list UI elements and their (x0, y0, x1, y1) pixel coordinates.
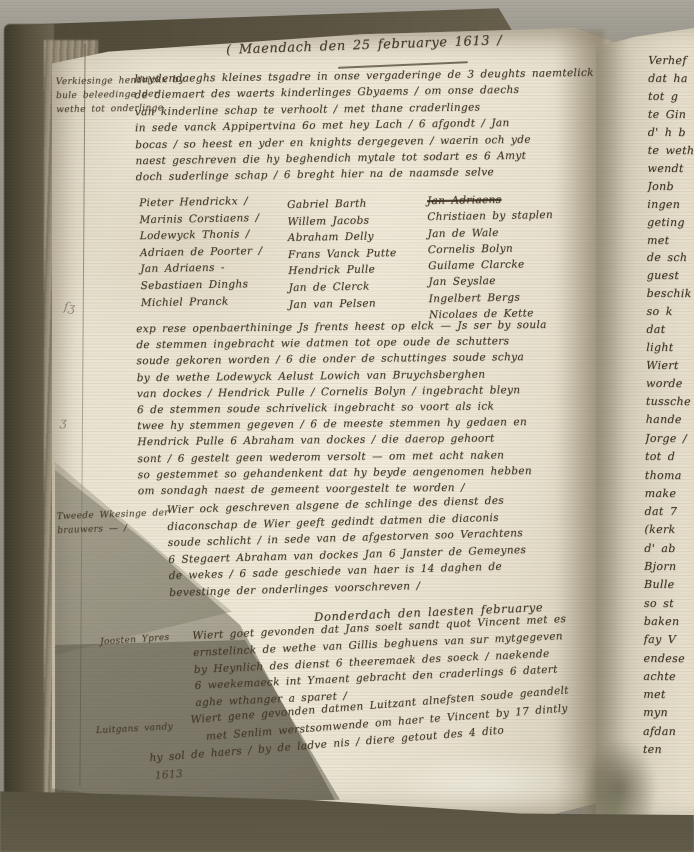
name-entry: Michiel Pranck (141, 292, 264, 311)
name-entry: Adriaen de Poorter / (140, 243, 263, 262)
right-page-line: hande (646, 411, 694, 429)
right-page-line: geting (647, 213, 694, 231)
right-page-line: Jonb (647, 177, 694, 195)
right-page-line: ingen (647, 195, 694, 213)
right-page-fragments-bottom: Jorge /tot dthomamakedat 7(kerkd' abBjor… (643, 430, 694, 760)
right-page-line: te Gin (648, 106, 694, 124)
right-page-line: myn (643, 704, 693, 723)
right-page-line: dat 7 (645, 503, 694, 522)
right-page-line: de sch (647, 249, 694, 267)
right-page-line: met (643, 686, 693, 705)
right-page-line: Wiert (646, 357, 694, 375)
right-page-line: Bjorn (644, 558, 694, 577)
right-page-line: met (647, 231, 694, 249)
name-column-1: Pieter Hendrickx /Marinis Corstiaens /Lo… (139, 193, 263, 311)
right-page-line: dat ha (648, 70, 694, 88)
right-page-line: beschik (647, 285, 694, 303)
right-page-line: light (646, 339, 694, 357)
right-page-line: make (645, 485, 694, 504)
right-page-line: achte (643, 668, 693, 687)
right-page-line: d' ab (644, 540, 694, 559)
right-page-line: endese (643, 649, 693, 668)
right-page-line: d' h b (648, 124, 694, 142)
right-page-line: ten (643, 741, 693, 760)
margin-note-joosten: Joosten Ypres (100, 631, 170, 650)
name-entry: Christiaen by staplen (427, 207, 553, 225)
name-entry: Jan van Pelsen (289, 295, 398, 313)
right-page-line: dat (646, 321, 694, 339)
right-page-line: te wethe (648, 142, 694, 160)
manuscript-photo: ( Maendach den 25 februarye 1613 / Verki… (0, 0, 694, 852)
margin-note-luitgans: Luitgans vandy (96, 720, 174, 738)
right-page-line: so k (646, 303, 694, 321)
name-entry: Willem Jacobs (287, 212, 396, 230)
handwriting-layer: ( Maendach den 25 februarye 1613 / Verki… (0, 0, 694, 852)
right-page-fragments-top: Verhefdat hatot gte Gind' h bte wethewen… (646, 52, 694, 429)
entry-date-heading: ( Maendach den 25 februarye 1613 / (226, 33, 503, 58)
right-page-line: guest (647, 267, 694, 285)
name-column-3: Jan Adriaens Christiaen by staplenJan de… (427, 191, 555, 324)
right-page-line: (kerk (644, 521, 694, 540)
name-column-3-rest: Christiaen by staplenJan de WaleCornelis… (427, 207, 555, 323)
name-entry: Gabriel Barth (287, 195, 396, 213)
name-entry: Pieter Hendrickx / (139, 193, 262, 212)
right-page-line: thoma (645, 466, 694, 485)
right-page-line: baken (644, 613, 694, 632)
paragraph-votes: exp rese openbaerthininge Js frents hees… (136, 317, 548, 500)
name-entry: Frans Vanck Putte (288, 245, 397, 263)
right-page-line: so st (644, 594, 694, 613)
name-column-2: Gabriel BarthWillem JacobsAbraham DellyF… (287, 195, 398, 313)
right-page-line: tot d (645, 448, 694, 467)
right-page-line: Jorge / (645, 430, 694, 449)
paragraph-deacons: Wier ock geschreven alsgene de schlinge … (167, 492, 528, 602)
right-page-line: tussche (646, 393, 694, 411)
name-entry: Abraham Delly (288, 228, 397, 246)
margin-mark: ʒ (60, 415, 68, 429)
name-entry: Jan de Clerck (288, 278, 397, 296)
paragraph-election: huydendaeghs kleines tsgadre in onse ver… (134, 65, 595, 186)
right-page-line: fay V (644, 631, 694, 650)
margin-note-brewers: Tweede Wkesinge derbrauwers — / (57, 506, 170, 538)
margin-mark: ſʒ (63, 299, 76, 314)
name-entry: Hendrick Pulle (288, 261, 397, 279)
name-entry: Sebastiaen Dinghs (140, 276, 263, 295)
name-entry: Lodewyck Thonis / (140, 226, 263, 245)
right-page-line: Verhef (648, 52, 694, 70)
right-page-line: worde (646, 375, 694, 393)
right-page-line: wendt (647, 160, 694, 178)
right-page-line: afdan (643, 723, 693, 742)
right-page-line: Bulle (644, 576, 694, 595)
right-page-line: tot g (648, 88, 694, 106)
margin-note-line: brauwers — / (57, 520, 170, 538)
